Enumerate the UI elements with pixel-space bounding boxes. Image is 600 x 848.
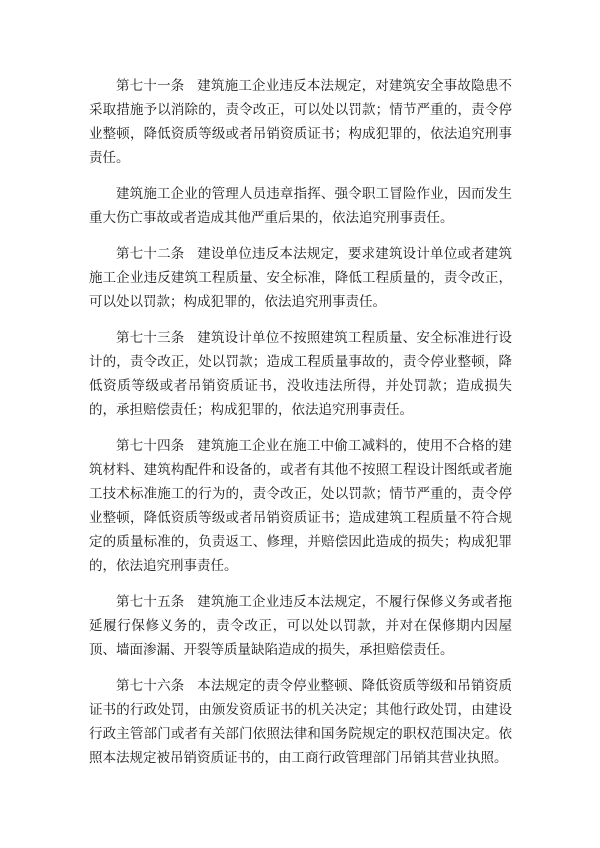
article-paragraph-75: 第七十五条建筑施工企业违反本法规定，不履行保修义务或者拖延履行保修义务的，责令改… [89, 590, 512, 662]
article-number: 第七十四条 [116, 438, 184, 453]
article-paragraph-71: 第七十一条建筑施工企业违反本法规定，对建筑安全事故隐患不采取措施予以消除的，责令… [89, 74, 512, 170]
article-number: 第七十三条 [116, 330, 184, 345]
article-paragraph-72: 第七十二条建设单位违反本法规定，要求建筑设计单位或者建筑施工企业违反建筑工程质量… [89, 242, 512, 314]
article-paragraph-73: 第七十三条建筑设计单位不按照建筑工程质量、安全标准进行设计的，责令改正，处以罚款… [89, 326, 512, 422]
article-number: 第七十二条 [116, 246, 184, 261]
article-paragraph-71-clause-2: 建筑施工企业的管理人员违章指挥、强令职工冒险作业，因而发生重大伤亡事故或者造成其… [89, 182, 512, 230]
article-text: 建筑施工企业的管理人员违章指挥、强令职工冒险作业，因而发生重大伤亡事故或者造成其… [89, 186, 512, 225]
article-number: 第七十一条 [116, 78, 184, 93]
article-number: 第七十六条 [116, 678, 184, 693]
document-page: 第七十一条建筑施工企业违反本法规定，对建筑安全事故隐患不采取措施予以消除的，责令… [0, 0, 600, 848]
article-number: 第七十五条 [116, 594, 184, 609]
document-body: 第七十一条建筑施工企业违反本法规定，对建筑安全事故隐患不采取措施予以消除的，责令… [89, 74, 512, 770]
article-paragraph-74: 第七十四条建筑施工企业在施工中偷工减料的，使用不合格的建筑材料、建筑构配件和设备… [89, 434, 512, 578]
article-paragraph-76: 第七十六条本法规定的责令停业整顿、降低资质等级和吊销资质证书的行政处罚，由颁发资… [89, 674, 512, 770]
article-text: 建筑施工企业在施工中偷工减料的，使用不合格的建筑材料、建筑构配件和设备的，或者有… [89, 438, 512, 573]
